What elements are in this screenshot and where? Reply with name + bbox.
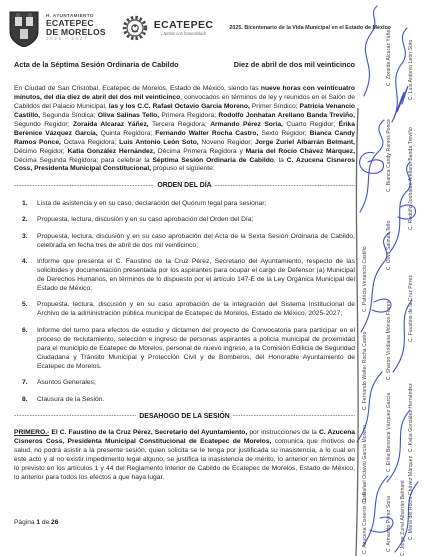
document-page: H. AYUNTAMIENTO ECATEPEC DE MORELOS 2025… [0, 0, 425, 556]
orden-item-text: Informe del turno para efectos de estudi… [37, 327, 355, 372]
crest-line-de-morelos: DE MORELOS [46, 28, 106, 37]
ecatepec-wordmark: ECATEPEC ¡Juntos con honestidad! [154, 20, 214, 36]
orden-item-text: Propuesta, lectura, discusión y en su ca… [37, 233, 355, 251]
dash-run-left: ----------------------------------------… [14, 412, 136, 421]
municipal-crest-icon [8, 9, 40, 47]
orden-item-text: Clausura de la Sesión. [37, 396, 355, 405]
orden-item-text: Asuntos Generales; [37, 379, 355, 388]
orden-item-number: 2. [22, 216, 37, 225]
document-body: Acta de la Séptima Sesión Ordinaria de C… [14, 60, 355, 483]
orden-item-1: 1. Lista de asistencia y en su caso, dec… [22, 200, 355, 209]
orden-item-text: Propuesta, lectura, discusión y en su ca… [37, 216, 355, 225]
orden-del-dia-heading: ----------------------------------------… [14, 181, 355, 190]
orden-item-number: 6. [22, 327, 37, 372]
orden-item-text: Propuesta, lectura, discusión y en su ca… [37, 301, 355, 319]
page-header: H. AYUNTAMIENTO ECATEPEC DE MORELOS 2025… [8, 5, 365, 51]
dash-run-right: ----------------------------------------… [215, 182, 355, 191]
desahogo-label: DESAHOGO DE LA SESIÓN [136, 412, 232, 421]
orden-item-text: Informe que presenta el C. Faustino de l… [37, 258, 355, 294]
orden-item-number: 5. [22, 301, 37, 319]
orden-del-dia-list: 1. Lista de asistencia y en su caso, dec… [14, 200, 355, 405]
primero-paragraph: PRIMERO.- El C. Faustino de la Cruz Pére… [14, 429, 355, 483]
dash-run-left: ----------------------------------------… [14, 182, 154, 191]
crest-line-period: 2025 - 2027 [46, 37, 106, 42]
acta-title: Acta de la Séptima Sesión Ordinaria de C… [14, 60, 179, 70]
intro-paragraph: En Ciudad de San Cristóbal, Ecatepec de … [14, 85, 355, 175]
orden-item-3: 3. Propuesta, lectura, discusión y en su… [22, 233, 355, 251]
orden-item-number: 7. [22, 379, 37, 388]
orden-item-8: 8. Clausura de la Sesión. [22, 396, 355, 405]
orden-item-4: 4. Informe que presenta el C. Faustino d… [22, 258, 355, 294]
page-number-footer: Página 1 de 26 [14, 519, 58, 526]
document-title-row: Acta de la Séptima Sesión Ordinaria de C… [14, 60, 355, 70]
orden-item-number: 3. [22, 233, 37, 251]
orden-item-number: 8. [22, 396, 37, 405]
handwritten-signatures-ink [350, 0, 425, 556]
orden-item-number: 1. [22, 200, 37, 209]
orden-item-7: 7. Asuntos Generales; [22, 379, 355, 388]
orden-item-5: 5. Propuesta, lectura, discusión y en su… [22, 301, 355, 319]
crest-text: H. AYUNTAMIENTO ECATEPEC DE MORELOS 2025… [46, 14, 106, 42]
gear-logo-icon [122, 15, 148, 41]
orden-item-number: 4. [22, 258, 37, 294]
orden-item-6: 6. Informe del turno para efectos de est… [22, 327, 355, 372]
acta-date: Diez de abril de dos mil veinticinco [234, 60, 355, 70]
orden-item-text: Lista de asistencia y en su caso, declar… [37, 200, 355, 209]
orden-item-2: 2. Propuesta, lectura, discusión y en su… [22, 216, 355, 225]
wordmark-text: ECATEPEC [154, 20, 214, 31]
signature-margin: C. Zoraida Alcaraz Yáñez C. Luis Antonio… [350, 0, 425, 556]
orden-del-dia-label: ORDEN DEL DÍA [154, 181, 214, 190]
dash-run-right: ----------------------------------------… [233, 412, 355, 421]
desahogo-heading: ----------------------------------------… [14, 412, 355, 421]
wordmark-tagline: ¡Juntos con honestidad! [154, 32, 214, 36]
